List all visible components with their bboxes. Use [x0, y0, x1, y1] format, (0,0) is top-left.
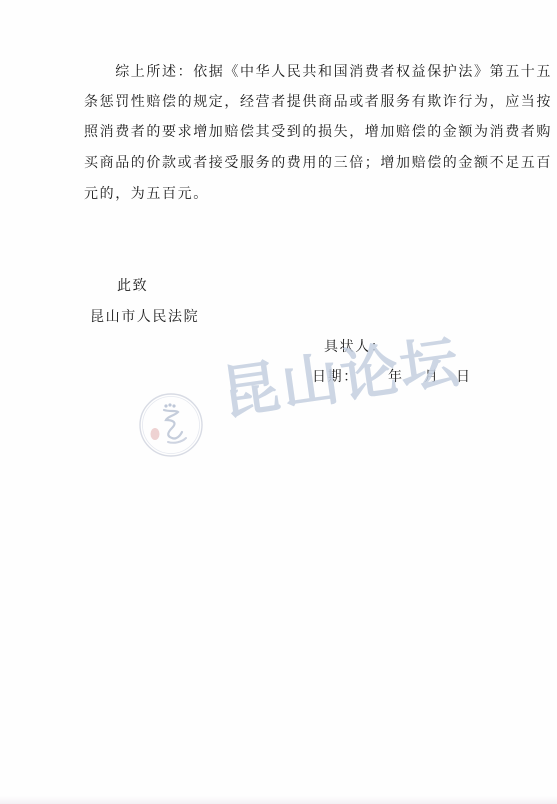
closing-salutation: 此致 [117, 278, 148, 294]
paragraph-line-1: 综上所述：依据《中华人民共和国消费者权益保护法》第五十五 [84, 64, 552, 80]
paragraph-line-5: 元的，为五百元。 [84, 186, 209, 202]
watermark-text: 昆山论坛 [218, 329, 465, 426]
paragraph-line-3: 照消费者的要求增加赔偿其受到的损失，增加赔偿的金额为消费者购 [84, 124, 552, 140]
kunshan-forum-logo-icon [138, 392, 204, 458]
document-page: 综上所述：依据《中华人民共和国消费者权益保护法》第五十五 条惩罚性赔偿的规定，经… [0, 0, 557, 804]
paragraph-line-2: 条惩罚性赔偿的规定，经营者提供商品或者服务有欺诈行为，应当按 [84, 94, 552, 110]
closing-recipient: 昆山市人民法院 [90, 309, 199, 325]
paragraph-line-4: 买商品的价款或者接受服务的费用的三倍；增加赔偿的金额不足五百 [84, 155, 552, 171]
scan-edge [0, 796, 557, 804]
